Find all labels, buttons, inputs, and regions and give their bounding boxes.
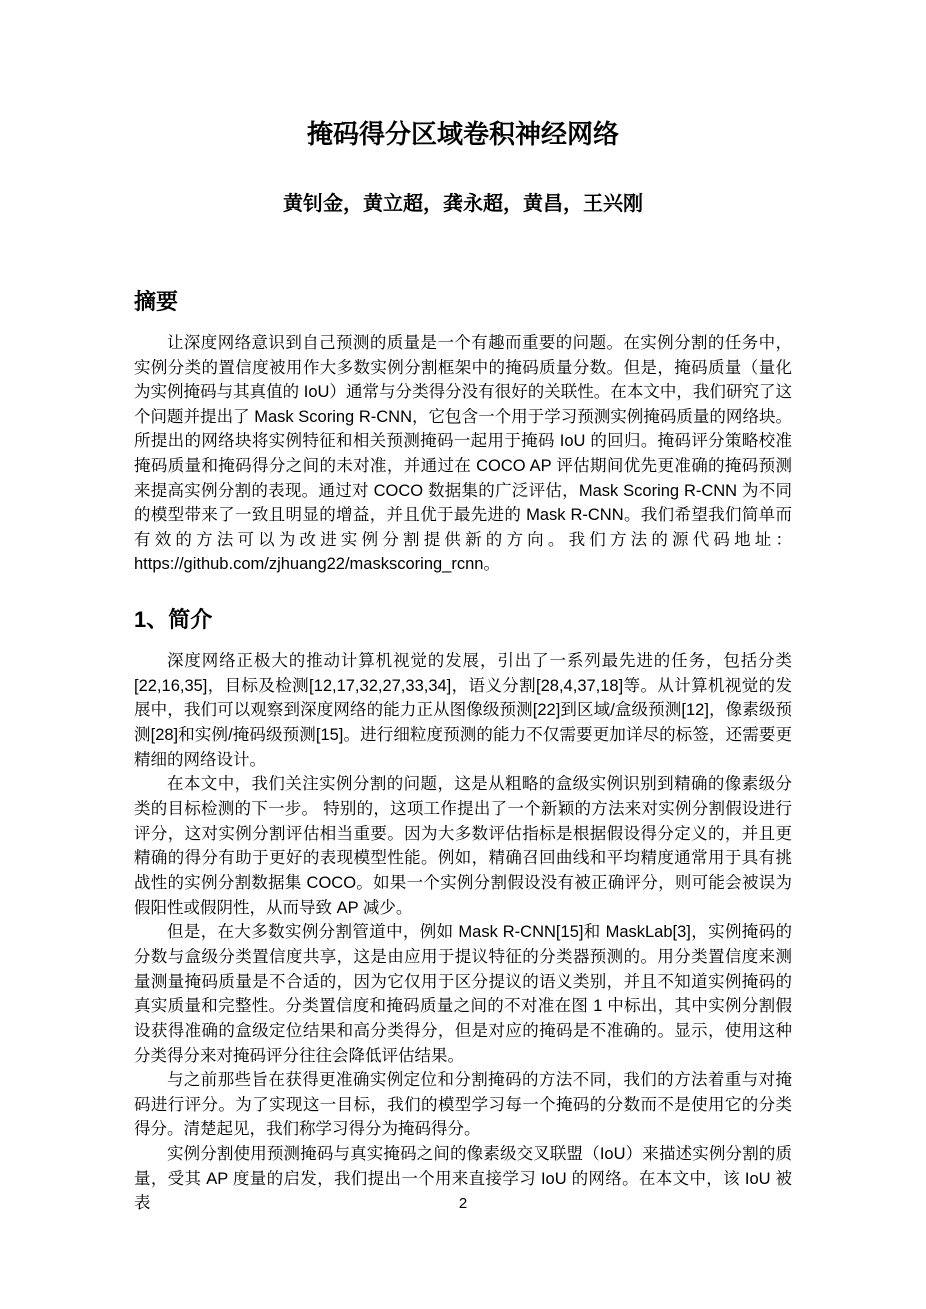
page-number: 2 [0, 1195, 926, 1212]
abstract-text: 让深度网络意识到自己预测的质量是一个有趣而重要的问题。在实例分割的任务中，实例分… [134, 334, 792, 549]
document-page: 掩码得分区域卷积神经网络 黄钊金，黄立超，龚永超，黄昌，王兴刚 摘要 让深度网络… [0, 0, 926, 1309]
source-code-url: https://github.com/zjhuang22/maskscoring… [134, 555, 500, 573]
paper-title: 掩码得分区域卷积神经网络 [0, 119, 926, 149]
paragraph: 但是，在大多数实例分割管道中，例如 Mask R-CNN[15]和 MaskLa… [134, 920, 792, 1068]
paragraph: 深度网络正极大的推动计算机视觉的发展，引出了一系列最先进的任务，包括分类[22,… [134, 649, 792, 772]
abstract-paragraph: 让深度网络意识到自己预测的质量是一个有趣而重要的问题。在实例分割的任务中，实例分… [134, 331, 792, 577]
paragraph: 与之前那些旨在获得更准确实例定位和分割掩码的方法不同，我们的方法着重与对掩码进行… [134, 1068, 792, 1142]
section-body-introduction: 深度网络正极大的推动计算机视觉的发展，引出了一系列最先进的任务，包括分类[22,… [134, 649, 792, 1216]
abstract-heading: 摘要 [134, 288, 178, 316]
section-heading-introduction: 1、简介 [134, 606, 212, 634]
paper-authors: 黄钊金，黄立超，龚永超，黄昌，王兴刚 [0, 191, 926, 217]
paragraph: 在本文中，我们关注实例分割的问题，这是从粗略的盒级实例识别到精确的像素级分类的目… [134, 772, 792, 920]
